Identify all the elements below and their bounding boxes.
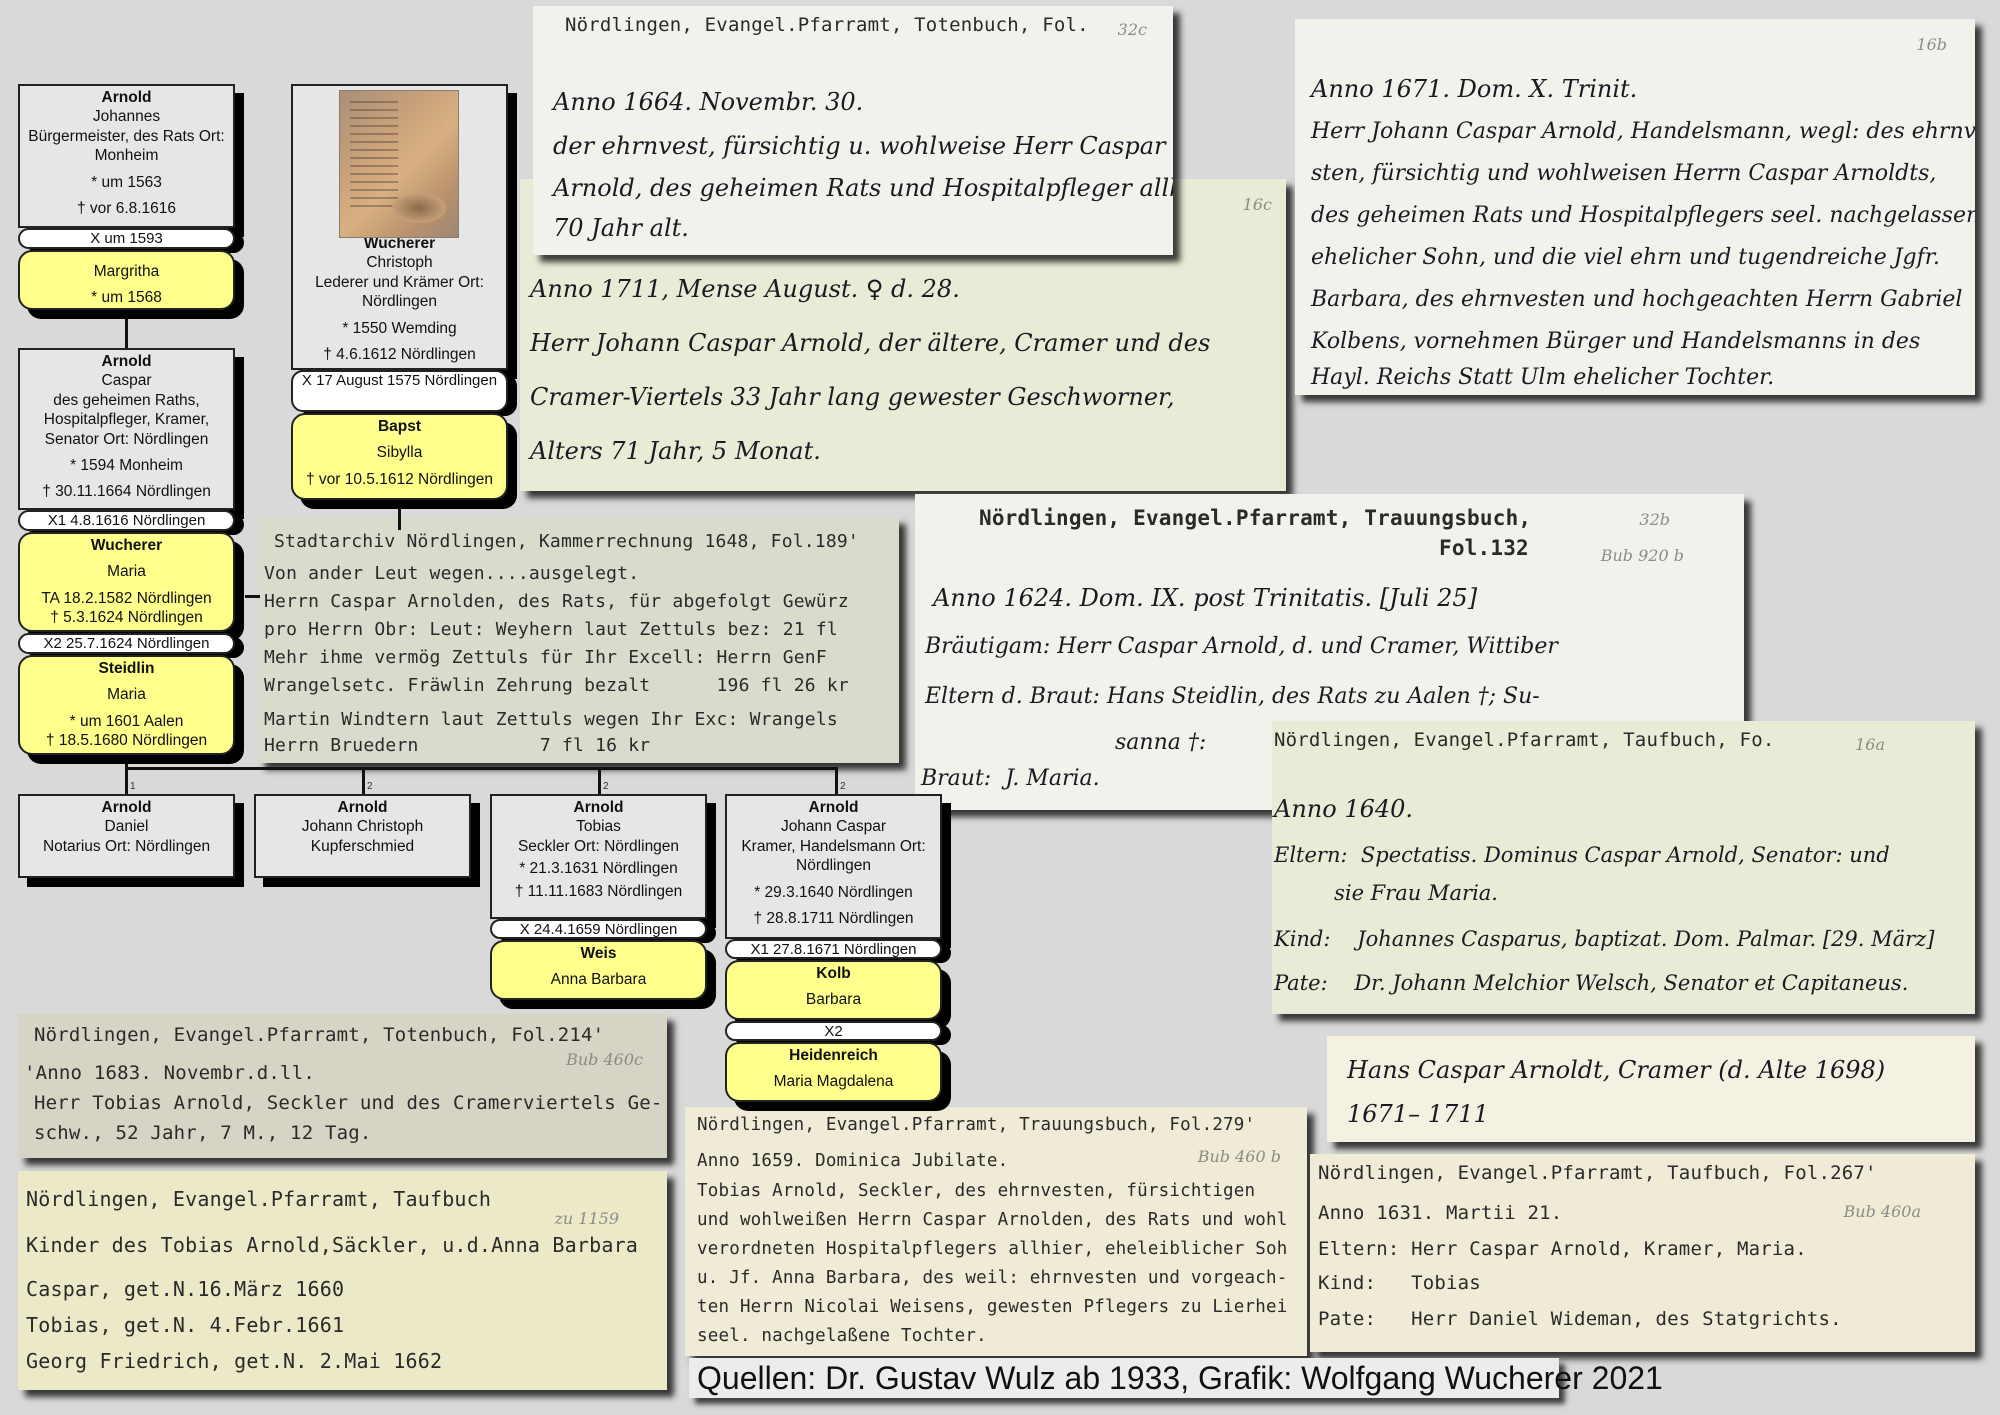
given-name: Johann Caspar [727, 817, 940, 836]
birth: * um 1563 [20, 173, 233, 192]
card-line: Tobias Arnold, Seckler, des ehrnvesten, … [697, 1181, 1255, 1201]
card-line: Tobias, get.N. 4.Febr.1661 [26, 1313, 344, 1337]
death: † 5.3.1624 Nördlingen [20, 608, 233, 627]
surname: Arnold [492, 798, 705, 817]
surname: Kolb [727, 964, 940, 983]
card-line: Barbara, des ehrnvesten und hochgeachten… [1311, 287, 1962, 312]
card-line: 1671– 1711 [1347, 1100, 1489, 1128]
card-note: Bub 460c [566, 1050, 643, 1069]
credit-caption: Quellen: Dr. Gustav Wulz ab 1933, Grafik… [689, 1358, 1559, 1398]
card-line: Anno 1664. Novembr. 30. [553, 88, 863, 116]
card-line: Braut: J. Maria. [921, 766, 1100, 791]
card-line: verordneten Hospitalpflegers allhier, eh… [697, 1239, 1287, 1259]
child-marriage-index: 2 [367, 781, 373, 792]
person-daniel-arnold[interactable]: Arnold Daniel Notarius Ort: Nördlingen [18, 794, 235, 878]
card-line: Eltern: Herr Caspar Arnold, Kramer, Mari… [1318, 1238, 1807, 1260]
death: † 18.5.1680 Nördlingen [20, 731, 233, 750]
card-header: Nördlingen, Evangel.Pfarramt, Taufbuch, … [1274, 729, 1774, 751]
card-line: Kind: Johannes Casparus, baptizat. Dom. … [1274, 927, 1934, 951]
card-header: Nördlingen, Evangel.Pfarramt, Totenbuch,… [34, 1024, 604, 1046]
given-name: Johannes [20, 107, 233, 126]
card-header: Nördlingen, Evangel.Pfarramt, Trauungsbu… [979, 506, 1531, 530]
connector-line [125, 308, 128, 348]
death: † vor 10.5.1612 Nördlingen [293, 470, 506, 489]
birth: * 29.3.1640 Nördlingen [727, 883, 940, 902]
card-line: u. Jf. Anna Barbara, des weil: ehrnveste… [697, 1268, 1287, 1288]
child-marriage-index: 2 [603, 781, 609, 792]
child-marriage-index: 2 [840, 781, 846, 792]
card-note: 16b [1916, 35, 1947, 54]
connector-line [125, 754, 128, 794]
surname: Heidenreich [727, 1046, 940, 1065]
card-line: 70 Jahr alt. [553, 214, 689, 242]
card-line: Anno 1631. Martii 21. [1318, 1202, 1562, 1224]
person-maria-wucherer[interactable]: Wucherer Maria TA 18.2.1582 Nördlingen †… [18, 532, 235, 632]
person-johann-caspar-arnold[interactable]: Arnold Johann Caspar Kramer, Handelsmann… [725, 794, 942, 939]
card-line: Hans Caspar Arnoldt, Cramer (d. Alte 169… [1347, 1056, 1885, 1084]
death: † 11.11.1683 Nördlingen [492, 882, 705, 901]
surname: Arnold [20, 798, 233, 817]
death: † 4.6.1612 Nördlingen [293, 345, 506, 364]
marriage-label: X1 4.8.1616 Nördlingen [18, 510, 235, 531]
epitaph-photo [339, 90, 459, 238]
card-line: Georg Friedrich, get.N. 2.Mai 1662 [26, 1349, 442, 1373]
card-line: Cramer-Viertels 33 Jahr lang gewester Ge… [530, 383, 1175, 411]
card-line: Anno 1671. Dom. X. Trinit. [1311, 75, 1637, 103]
occupation: Bürgermeister, des Rats Ort: Monheim [20, 127, 233, 166]
occupation: des geheimen Raths, Hospitalpfleger, Kra… [20, 391, 233, 449]
occupation: Lederer und Krämer Ort: Nördlingen [293, 273, 506, 312]
card-line: Anno 1624. Dom. IX. post Trinitatis. [Ju… [933, 584, 1477, 612]
card-note: 16a [1855, 735, 1885, 754]
person-barbara-kolb[interactable]: Kolb Barbara [725, 960, 942, 1020]
occupation: Notarius Ort: Nördlingen [20, 837, 233, 856]
birth: * 1550 Wemding [293, 319, 506, 338]
given-name: Sibylla [293, 443, 506, 462]
birth: * 1594 Monheim [20, 456, 233, 475]
marriage-label: X um 1593 [18, 228, 235, 249]
card-taufbuch-1631: Nördlingen, Evangel.Pfarramt, Taufbuch, … [1310, 1154, 1975, 1352]
card-taufbuch-tobias-kinder: Nördlingen, Evangel.Pfarramt, Taufbuch z… [18, 1171, 667, 1390]
card-header: Nördlingen, Evangel.Pfarramt, Taufbuch [26, 1187, 491, 1211]
card-line: seel. nachgelaßene Tochter. [697, 1326, 987, 1346]
given-name: Margritha [20, 262, 233, 281]
person-johann-christoph-arnold[interactable]: Arnold Johann Christoph Kupferschmied [254, 794, 471, 878]
card-line: Hayl. Reichs Statt Ulm ehelicher Tochter… [1311, 365, 1774, 390]
person-maria-magdalena-heidenreich[interactable]: Heidenreich Maria Magdalena [725, 1042, 942, 1102]
person-christoph-wucherer[interactable]: Wucherer Christoph Lederer und Krämer Or… [291, 84, 508, 370]
card-line: Bräutigam: Herr Caspar Arnold, d. und Cr… [925, 634, 1558, 659]
card-line: Arnold, des geheimen Rats und Hospitalpf… [553, 174, 1173, 202]
occupation: Kupferschmied [256, 837, 469, 856]
card-line: Kinder des Tobias Arnold,Säckler, u.d.An… [26, 1233, 638, 1257]
surname: Weis [492, 944, 705, 963]
card-line: sten, fürsichtig und wohlweisen Herrn Ca… [1311, 161, 1936, 186]
card-line: Herr Johann Caspar Arnold, der ältere, C… [530, 329, 1210, 357]
person-sibylla-bapst[interactable]: Bapst Sibylla † vor 10.5.1612 Nördlingen [291, 413, 508, 500]
card-header: Nördlingen, Evangel.Pfarramt, Taufbuch, … [1318, 1162, 1877, 1184]
birth: * um 1568 [20, 288, 233, 307]
card-note: zu 1159 [554, 1209, 619, 1228]
given-name: Maria Magdalena [727, 1072, 940, 1091]
card-caspar-index: Hans Caspar Arnoldt, Cramer (d. Alte 169… [1327, 1036, 1975, 1142]
person-tobias-arnold[interactable]: Arnold Tobias Seckler Ort: Nördlingen * … [490, 794, 707, 919]
card-line: ehelicher Sohn, und die viel ehrn und tu… [1311, 245, 1940, 270]
card-line: Von ander Leut wegen....ausgelegt. [264, 563, 639, 584]
surname: Wucherer [20, 536, 233, 555]
card-line: Wrangelsetc. Fräwlin Zehrung bezalt 196 … [264, 675, 849, 696]
card-trauung-1659: Nördlingen, Evangel.Pfarramt, Trauungsbu… [685, 1107, 1307, 1356]
surname: Arnold [256, 798, 469, 817]
given-name: Maria [20, 685, 233, 704]
card-line: Mehr ihme vermög Zettuls für Ihr Excell:… [264, 647, 827, 668]
surname: Steidlin [20, 659, 233, 678]
baptism: TA 18.2.1582 Nördlingen [20, 589, 233, 608]
card-taufbuch-1640: Nördlingen, Evangel.Pfarramt, Taufbuch, … [1272, 721, 1975, 1014]
card-line: Anno 1659. Dominica Jubilate. [697, 1151, 1008, 1171]
connector-line [835, 767, 838, 794]
card-header: Stadtarchiv Nördlingen, Kammerrechnung 1… [274, 531, 859, 552]
card-line: Herrn Bruedern 7 fl 16 kr [264, 735, 650, 756]
card-line: Eltern d. Braut: Hans Steidlin, des Rats… [925, 684, 1540, 709]
occupation: Seckler Ort: Nördlingen [492, 837, 705, 856]
card-totenbuch-1683: Nördlingen, Evangel.Pfarramt, Totenbuch,… [18, 1014, 667, 1158]
connector-line [125, 767, 838, 770]
card-line: sanna †: [1115, 730, 1206, 755]
card-line: Caspar, get.N.16.März 1660 [26, 1277, 344, 1301]
occupation: Kramer, Handelsmann Ort: Nördlingen [727, 837, 940, 876]
connector-line [598, 767, 601, 794]
marriage-label: X 24.4.1659 Nördlingen [490, 919, 707, 939]
death: † vor 6.8.1616 [20, 199, 233, 218]
card-line: Anno 1640. [1274, 795, 1413, 823]
card-note: 32c [1118, 20, 1147, 39]
connector-line [245, 595, 260, 598]
person-anna-barbara-weis[interactable]: Weis Anna Barbara [490, 940, 707, 1000]
card-note: Bub 460a [1844, 1202, 1921, 1221]
card-line: Alters 71 Jahr, 5 Monat. [530, 437, 821, 465]
birth: * um 1601 Aalen [20, 712, 233, 731]
given-name: Tobias [492, 817, 705, 836]
card-line: Anno 1711, Mense August. ♀ d. 28. [530, 275, 960, 303]
given-name: Anna Barbara [492, 970, 705, 989]
card-totenbuch-1664: Nördlingen, Evangel.Pfarramt, Totenbuch,… [533, 6, 1173, 255]
marriage-label: X2 [725, 1021, 942, 1041]
card-line: und wohlweißen Herrn Caspar Arnolden, de… [697, 1210, 1287, 1230]
marriage-label: X 17 August 1575 Nördlingen [291, 370, 508, 412]
death: † 30.11.1664 Nördlingen [20, 482, 233, 501]
surname: Arnold [20, 88, 233, 107]
birth: * 21.3.1631 Nördlingen [492, 859, 705, 878]
card-header: Nördlingen, Evangel.Pfarramt, Trauungsbu… [697, 1115, 1255, 1135]
given-name: Johann Christoph [256, 817, 469, 836]
given-name: Caspar [20, 371, 233, 390]
card-line: schw., 52 Jahr, 7 M., 12 Tag. [34, 1122, 372, 1144]
marriage-label: X1 27.8.1671 Nördlingen [725, 939, 942, 959]
card-line: Kind: Tobias [1318, 1272, 1481, 1294]
card-trauung-1671: 16b Anno 1671. Dom. X. Trinit. Herr Joha… [1295, 19, 1975, 395]
card-note: 32b [1639, 510, 1670, 529]
card-line: Martin Windtern laut Zettuls wegen Ihr E… [264, 709, 838, 730]
child-marriage-index: 1 [130, 781, 136, 792]
card-line: Herr Johann Caspar Arnold, Handelsmann, … [1311, 119, 1975, 144]
person-caspar-arnold[interactable]: Arnold Caspar des geheimen Raths, Hospit… [18, 348, 235, 510]
card-line: Pate: Dr. Johann Melchior Welsch, Senato… [1274, 971, 1908, 995]
connector-line [362, 767, 365, 794]
card-header-folio: Fol.132 [1439, 536, 1529, 560]
card-line: sie Frau Maria. [1274, 881, 1498, 905]
card-header: Nördlingen, Evangel.Pfarramt, Totenbuch,… [565, 14, 1089, 36]
person-maria-steidlin[interactable]: Steidlin Maria * um 1601 Aalen † 18.5.16… [18, 655, 235, 755]
card-line: Kolbens, vornehmen Bürger und Handelsman… [1311, 329, 1920, 354]
death: † 28.8.1711 Nördlingen [727, 909, 940, 928]
person-johannes-arnold[interactable]: Arnold Johannes Bürgermeister, des Rats … [18, 84, 235, 228]
person-margritha[interactable]: Margritha * um 1568 [18, 250, 235, 310]
connector-line [398, 500, 401, 530]
card-line: Herr Tobias Arnold, Seckler und des Cram… [34, 1092, 663, 1114]
card-kammerrechnung-1648: Stadtarchiv Nördlingen, Kammerrechnung 1… [258, 517, 899, 763]
card-line: Eltern: Spectatiss. Dominus Caspar Arnol… [1274, 843, 1890, 867]
card-line: der ehrnvest, fürsichtig u. wohlweise He… [553, 132, 1166, 160]
card-line: des geheimen Rats und Hospitalpflegers s… [1311, 203, 1975, 228]
card-note: Bub 920 b [1601, 546, 1684, 565]
surname: Arnold [20, 352, 233, 371]
given-name: Christoph [293, 253, 506, 272]
card-line: Herrn Caspar Arnolden, des Rats, für abg… [264, 591, 849, 612]
surname: Bapst [293, 417, 506, 436]
card-line: Pate: Herr Daniel Wideman, des Statgrich… [1318, 1308, 1842, 1330]
card-line: pro Herrn Obr: Leut: Weyhern laut Zettul… [264, 619, 838, 640]
given-name: Daniel [20, 817, 233, 836]
surname: Arnold [727, 798, 940, 817]
card-line: 'Anno 1683. Novembr.d.ll. [24, 1062, 315, 1084]
given-name: Barbara [727, 990, 940, 1009]
card-note: 16c [1243, 195, 1272, 214]
marriage-label: X2 25.7.1624 Nördlingen [18, 633, 235, 654]
given-name: Maria [20, 562, 233, 581]
card-note: Bub 460 b [1198, 1147, 1281, 1166]
card-line: ten Herrn Nicolai Weisens, gewesten Pfle… [697, 1297, 1287, 1317]
